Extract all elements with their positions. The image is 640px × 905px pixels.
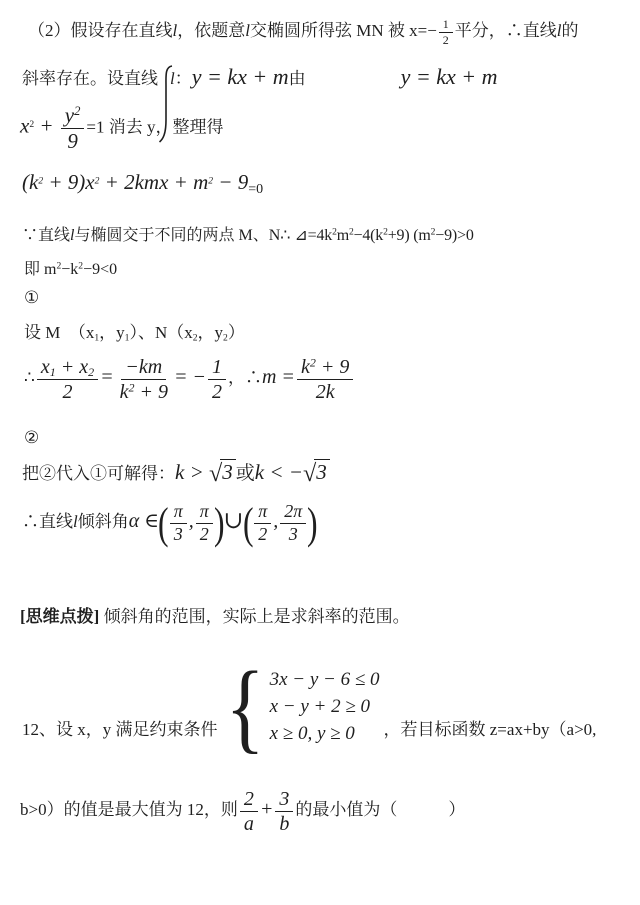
fraction: y29	[61, 104, 85, 153]
math-text: +	[34, 113, 59, 137]
line-14-problem-12: 12、设 x，y 满足约束条件{3x − y − 6 ≤ 0x − y + 2 …	[22, 664, 596, 750]
line-10-marker-2: ②	[24, 428, 39, 448]
fraction-numerator: −km	[121, 356, 166, 380]
text-run: b>0）的值是最大值为 12，则	[20, 800, 238, 819]
math-text: = −	[174, 366, 206, 388]
line-11: 把②代入①可解得：k > √3或k < −√3	[22, 458, 330, 488]
fraction-numerator: 3	[275, 788, 293, 812]
text-run: −9<0	[83, 261, 117, 278]
radical-body: 3	[220, 459, 236, 484]
fraction-numerator: 1	[208, 356, 226, 380]
math-text: α ∈	[129, 510, 159, 532]
system-brace: {	[225, 662, 264, 753]
text-run: ，y	[99, 323, 125, 342]
text-run: 斜率存在。设直线	[22, 69, 158, 88]
fraction-denominator: 2	[439, 33, 453, 47]
fraction-denominator: 2k	[312, 380, 339, 403]
text-run: 与椭圆交于不同的两点 M、N∴	[74, 227, 294, 244]
line-12: ∴直线l倾斜角α ∈(π3,π2)∪(π2,2π3)	[22, 502, 317, 545]
text-run: 倾斜角的范围，实际上是求斜率的范围。	[99, 607, 409, 626]
math-text: ,	[273, 510, 278, 532]
constraint-row: 3x − y − 6 ≤ 0	[270, 669, 380, 691]
fraction-numerator: π	[170, 502, 187, 524]
union-symbol: ∪	[223, 508, 243, 534]
circled-number-1: ①	[24, 288, 39, 307]
math-text: x	[20, 113, 29, 137]
math-text: k < −	[255, 460, 303, 484]
math-text: m	[337, 227, 349, 244]
fraction-numerator: π	[254, 502, 271, 524]
line-9: ∴x1 + x22=−kmk2 + 9= −12，∴m =k2 + 92k	[24, 356, 355, 403]
text-run: 把②代入①可解得：	[22, 464, 175, 483]
math-text: −9)>0	[435, 227, 473, 244]
fraction: π3	[170, 502, 187, 545]
big-paren-close: )	[214, 506, 225, 541]
line-2: 斜率存在。设直线l：y = kx + m由y = kx + m	[22, 64, 497, 90]
text-run: ，y	[198, 323, 224, 342]
text-run: ）、N（x	[129, 323, 192, 342]
subscript: 2	[88, 365, 94, 379]
math-text: x	[41, 356, 50, 378]
text-run: ∵直线	[22, 227, 70, 244]
math-text: k	[301, 356, 310, 378]
fraction-numerator: 2	[240, 788, 258, 812]
fraction-numerator: x1 + x2	[37, 356, 98, 380]
text-run: 的	[562, 21, 579, 40]
document-page: （2）假设存在直线l，依题意l交椭圆所得弦 MN 被 x=−12平分，∴直线l的…	[0, 0, 640, 905]
line-3: x2 + y29=1 消去 y，整理得	[20, 104, 224, 153]
fraction-denominator: 2	[196, 524, 213, 545]
constraint-row: x − y + 2 ≥ 0	[270, 696, 370, 718]
math-text: k >	[175, 460, 209, 484]
math-text: ⊿=4k	[294, 227, 332, 244]
radical-body: 3	[314, 459, 330, 484]
fraction-denominator: 3	[285, 524, 302, 545]
big-paren-open: (	[243, 506, 254, 541]
line-1: （2）假设存在直线l，依题意l交椭圆所得弦 MN 被 x=−12平分，∴直线l的	[28, 16, 579, 47]
text-run: 即 m	[24, 261, 56, 278]
equation: y = kx + m	[192, 64, 289, 89]
line-8: 设 M （x1，y1）、N（x2，y2）	[24, 318, 245, 343]
fraction: 3b	[275, 788, 293, 835]
note-label: [思维点拨]	[20, 607, 99, 626]
text-run: （2）假设存在直线	[28, 21, 173, 40]
math-text: +9) (m	[388, 227, 431, 244]
text-run: ，依题意	[177, 21, 245, 40]
text-run: ：	[175, 69, 192, 88]
radical: √3	[303, 460, 330, 488]
math-text: +	[260, 798, 274, 820]
text-run: 由	[289, 69, 306, 88]
line-13-note: [思维点拨] 倾斜角的范围，实际上是求斜率的范围。	[20, 602, 410, 627]
superscript: 2	[74, 104, 80, 118]
fraction: 2a	[240, 788, 258, 835]
text-run: 12、设 x，y 满足约束条件	[22, 720, 218, 739]
fraction: x1 + x22	[37, 356, 98, 403]
fraction-denominator: 3	[170, 524, 187, 545]
text-run: 的最小值为（ ）	[295, 800, 465, 819]
fraction-denominator: 9	[63, 129, 82, 153]
fraction-denominator: 2	[254, 524, 271, 545]
text-run: =1 消去 y，整理得	[86, 117, 223, 136]
fraction: 12	[208, 356, 226, 403]
line-4: (k2 + 9)x2 + 2kmx + m2 − 9=0	[22, 170, 263, 195]
line-6: 即 m2−k2−9<0	[24, 256, 117, 279]
math-text: =0	[248, 182, 263, 197]
constraint-system: {3x − y − 6 ≤ 0x − y + 2 ≥ 0x ≥ 0, y ≥ 0	[222, 664, 380, 750]
line-7-marker-1: ①	[24, 288, 39, 308]
math-text: + x	[56, 356, 88, 378]
text-run: ）	[228, 323, 245, 342]
fraction-denominator: 2	[58, 380, 76, 403]
fraction-numerator: k2 + 9	[297, 356, 353, 380]
math-text: + 2kmx + m	[99, 170, 208, 194]
text-run: ，若目标函数 z=ax+by（a>0,	[384, 720, 597, 739]
fraction-denominator: 2	[208, 380, 226, 403]
fraction-numerator: π	[196, 502, 213, 524]
therefore-symbol: ∴	[245, 368, 262, 387]
math-text: ,	[189, 510, 194, 532]
text-run: −k	[61, 261, 78, 278]
equation: y = kx + m	[401, 64, 498, 89]
line-5: ∵直线l与椭圆交于不同的两点 M、N∴ ⊿=4k2m2−4(k2+9) (m2−…	[22, 222, 474, 245]
fraction-denominator: k2 + 9	[116, 380, 172, 403]
text-run: 或	[236, 463, 255, 484]
system-rows: 3x − y − 6 ≤ 0x − y + 2 ≥ 0x ≥ 0, y ≥ 0	[270, 669, 380, 745]
math-text: − 9	[213, 170, 248, 194]
text-run: 倾斜角	[78, 512, 129, 531]
text-run: ，	[228, 368, 245, 387]
text-run: 平分，∴直线	[455, 21, 557, 40]
fraction: k2 + 92k	[297, 356, 353, 403]
fraction-numerator: y2	[61, 104, 85, 129]
fraction: 2π3	[280, 502, 306, 545]
text-run: 设 M （x	[24, 323, 94, 342]
big-paren-open: (	[158, 506, 169, 541]
circled-number-2: ②	[24, 428, 39, 447]
fraction: −kmk2 + 9	[116, 356, 172, 403]
math-text: y	[65, 103, 74, 127]
fraction-denominator: a	[240, 812, 258, 835]
fraction: π2	[254, 502, 271, 545]
radical: √3	[209, 460, 236, 488]
text-run: 交椭圆所得弦 MN 被 x=−	[250, 21, 437, 40]
math-text: −4(k	[354, 227, 384, 244]
therefore-symbol: ∴	[24, 368, 35, 387]
math-text: (k	[22, 170, 38, 194]
math-text: =	[100, 366, 114, 388]
math-text: m =	[262, 366, 295, 388]
text-run: ∴直线	[22, 512, 73, 531]
fraction-numerator: 1	[439, 18, 453, 33]
fraction: 12	[439, 18, 453, 47]
big-paren-close: )	[307, 506, 318, 541]
math-text: + 9	[316, 356, 350, 378]
math-text: + 9)x	[43, 170, 95, 194]
fraction: π2	[196, 502, 213, 545]
constraint-row: x ≥ 0, y ≥ 0	[270, 723, 355, 745]
fraction-numerator: 2π	[280, 502, 306, 524]
fraction-denominator: b	[275, 812, 293, 835]
line-15: b>0）的值是最大值为 12，则2a+3b的最小值为（ ）	[20, 788, 465, 835]
math-text: + 9	[134, 381, 168, 403]
